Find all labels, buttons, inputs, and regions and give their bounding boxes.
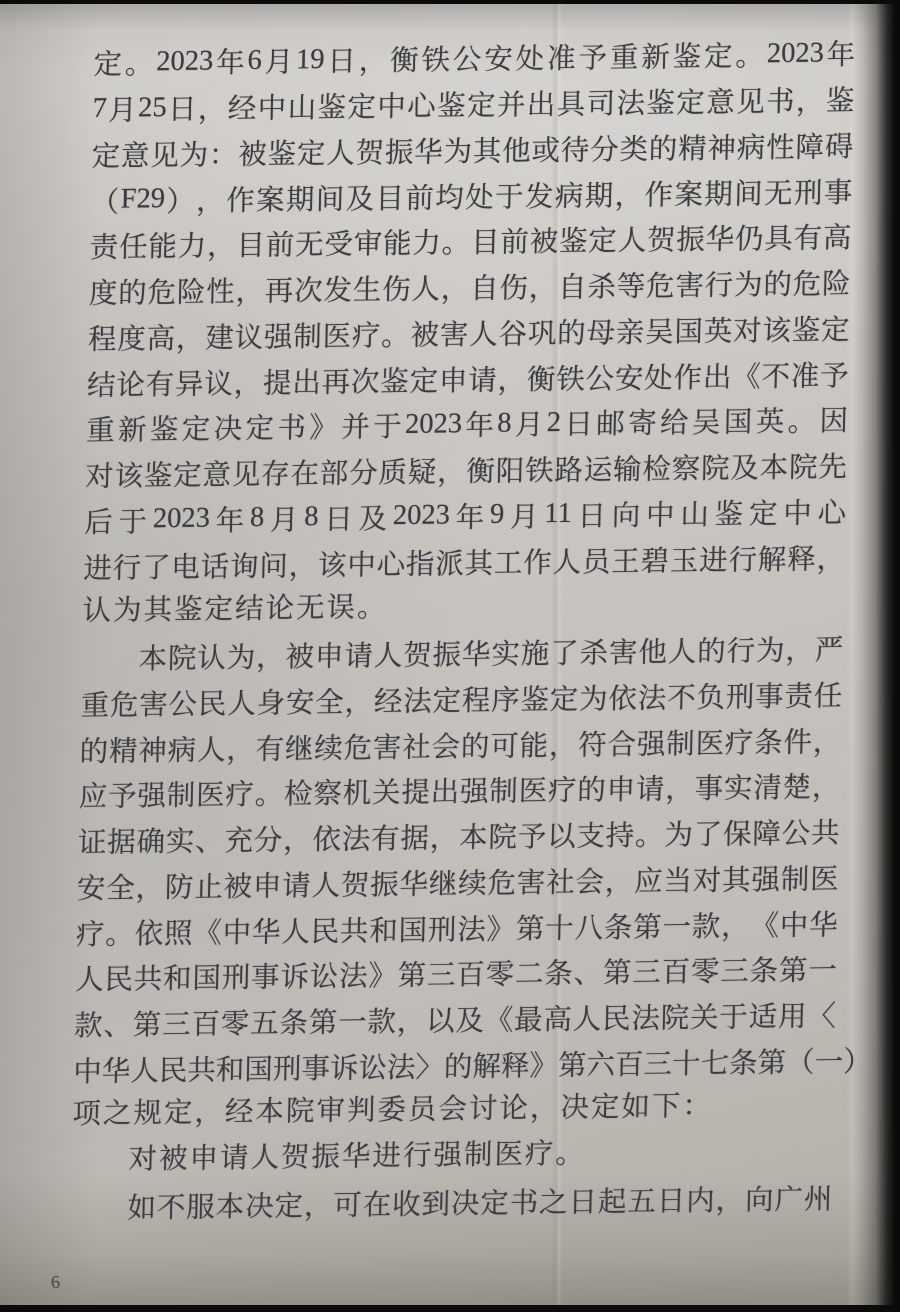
photographed-document: 定。2023年6月19日，衡铁公安处准予重新鉴定。2023年 7月25日，经中山…	[0, 0, 900, 1312]
paper-page: 定。2023年6月19日，衡铁公安处准予重新鉴定。2023年 7月25日，经中山…	[0, 4, 894, 1305]
page-edge-shadow	[846, 4, 894, 1305]
text-line: 如不服本决定，可在收到决定书之日起五日内，向广州	[70, 1174, 833, 1230]
photo-top-edge	[0, 0, 900, 4]
page-number: 6	[50, 1272, 60, 1294]
document-body-text: 定。2023年6月19日，衡铁公安处准予重新鉴定。2023年 7月25日，经中山…	[70, 30, 856, 1230]
photo-bottom-edge	[0, 1305, 900, 1312]
photo-right-edge	[894, 0, 900, 1312]
